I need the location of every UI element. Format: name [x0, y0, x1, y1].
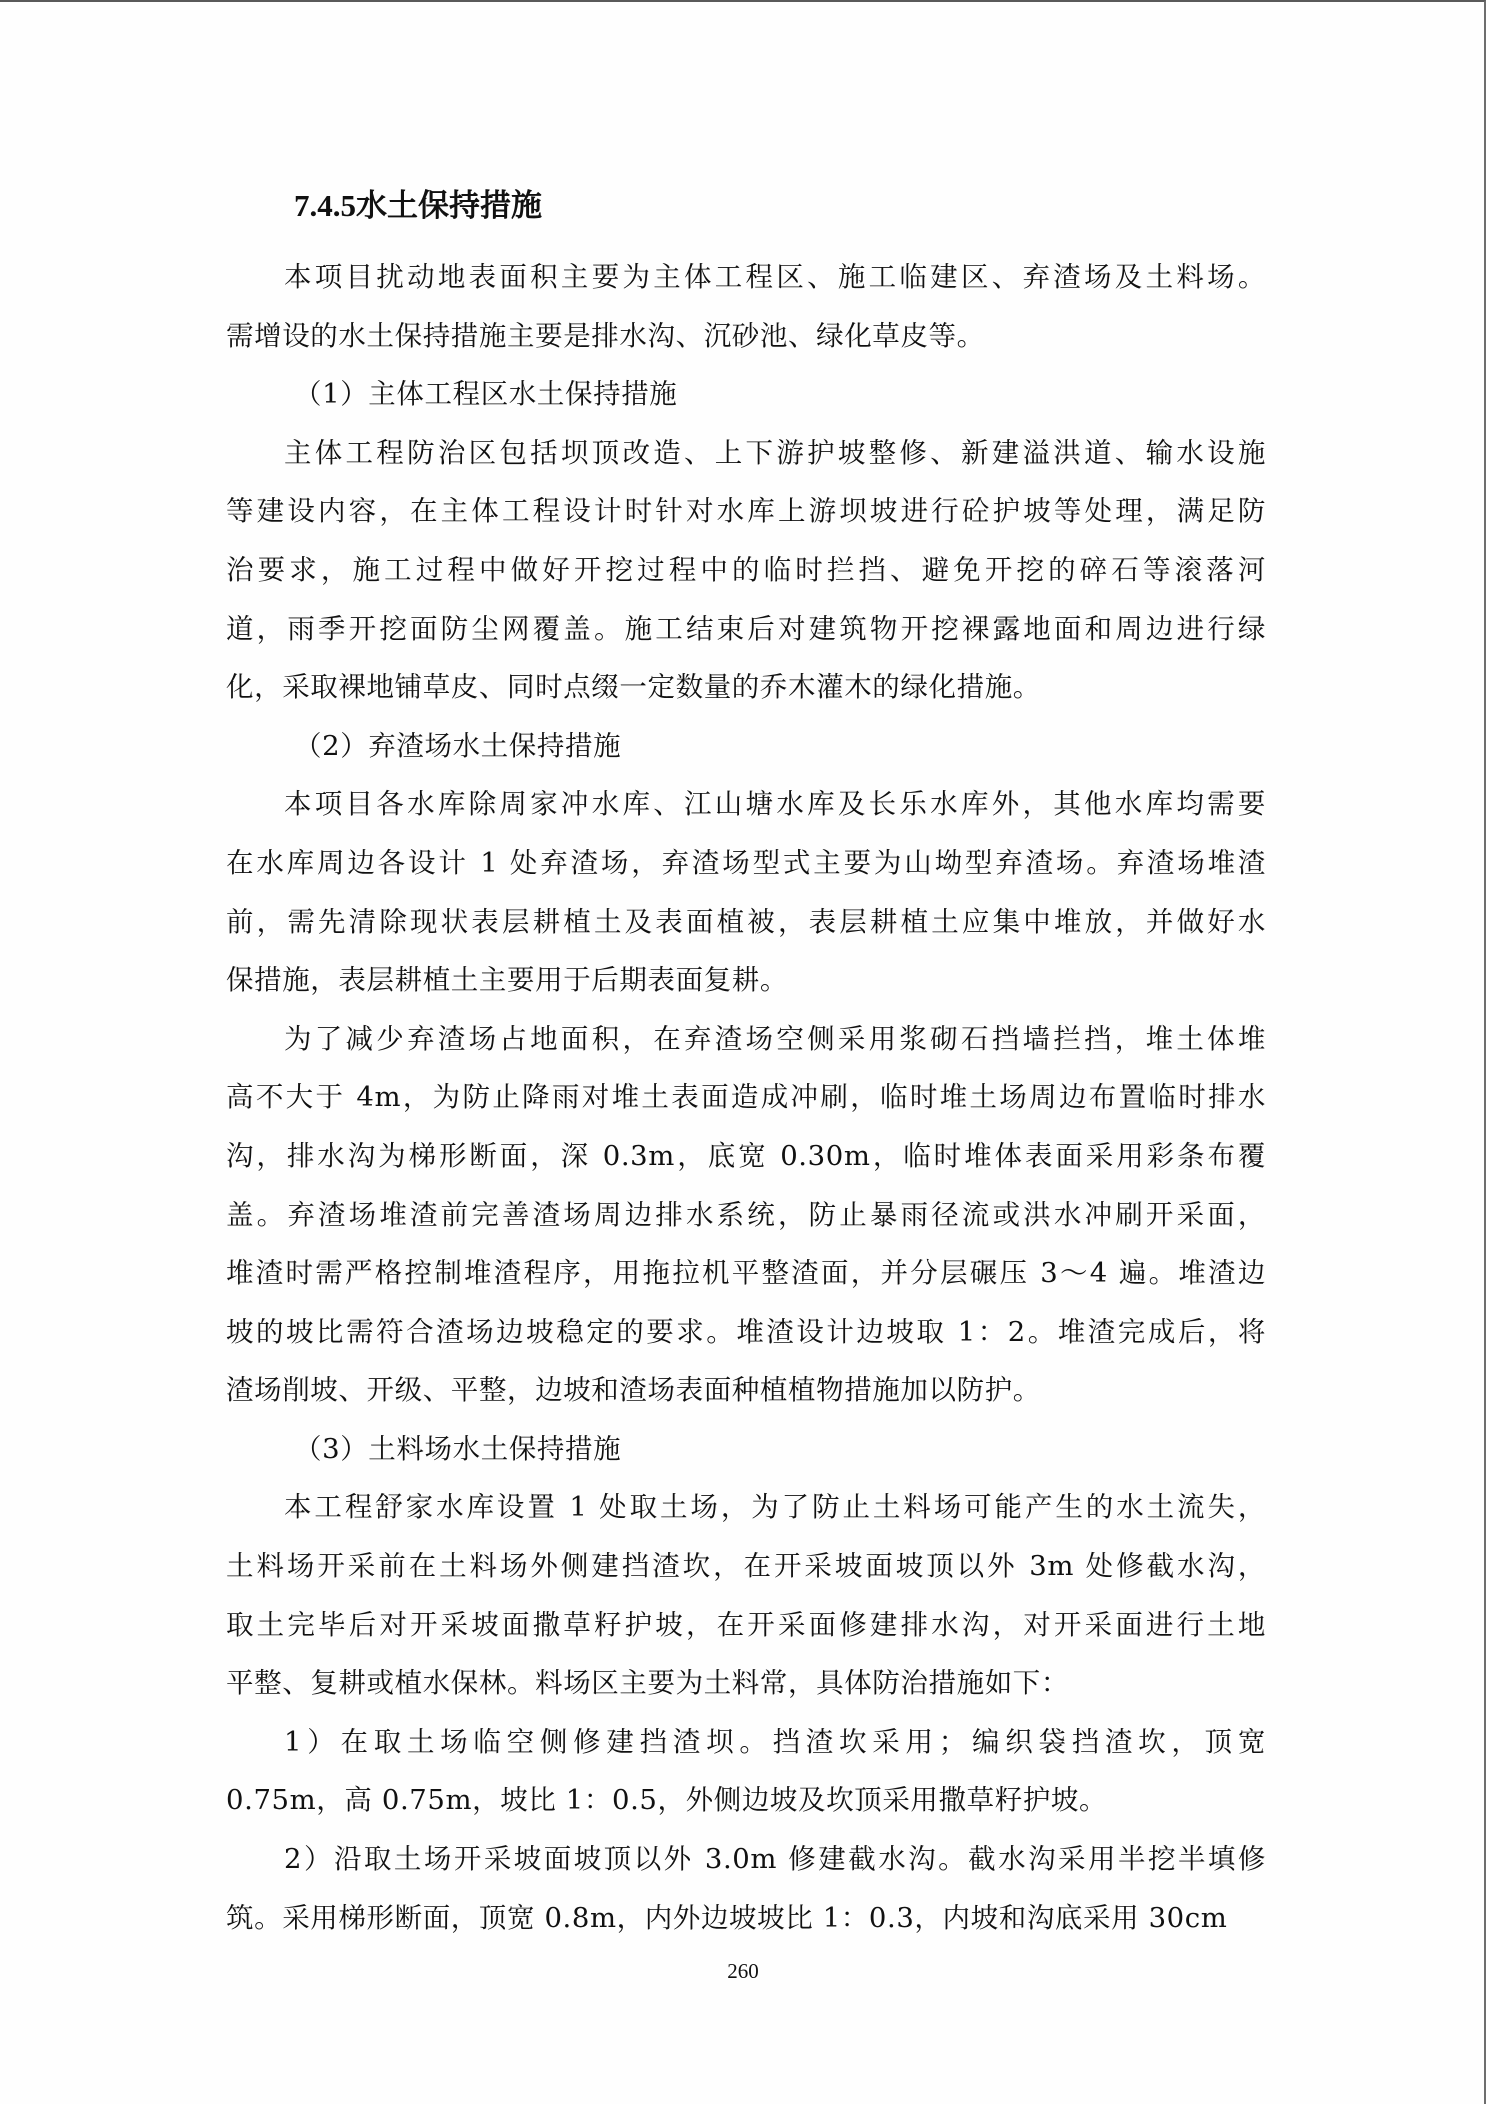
text-line: 需增设的水土保持措施主要是排水沟、沉砂池、绿化草皮等。 [226, 307, 1266, 366]
text-line: 渣场削坡、开级、平整，边坡和渣场表面种植植物措施加以防护。 [226, 1361, 1266, 1420]
paragraph: 本项目扰动地表面积主要为主体工程区、施工临建区、弃渣场及土料场。需增设的水土保持… [226, 248, 1266, 365]
text-line: 土料场开采前在土料场外侧建挡渣坎，在开采坡面坡顶以外 3m 处修截水沟， [226, 1537, 1266, 1596]
text-line: 道，雨季开挖面防尘网覆盖。施工结束后对建筑物开挖裸露地面和周边进行绿 [226, 600, 1266, 659]
text-line: 筑。采用梯形断面，顶宽 0.8m，内外边坡坡比 1：0.3，内坡和沟底采用 30… [226, 1889, 1266, 1948]
subsection-heading: （1）主体工程区水土保持措施 [226, 365, 1266, 424]
document-page: 7.4.5水土保持措施 本项目扰动地表面积主要为主体工程区、施工临建区、弃渣场及… [0, 0, 1486, 2104]
text-line: 本项目扰动地表面积主要为主体工程区、施工临建区、弃渣场及土料场。 [226, 248, 1266, 307]
text-line: 保措施，表层耕植土主要用于后期表面复耕。 [226, 951, 1266, 1010]
text-line: 前，需先清除现状表层耕植土及表面植被，表层耕植土应集中堆放，并做好水 [226, 893, 1266, 952]
text-line: （2）弃渣场水土保持措施 [226, 717, 1266, 776]
paragraph: 1）在取土场临空侧修建挡渣坝。挡渣坎采用；编织袋挡渣坎，顶宽0.75m，高 0.… [226, 1713, 1266, 1830]
text-line: 高不大于 4m，为防止降雨对堆土表面造成冲刷，临时堆土场周边布置临时排水 [226, 1068, 1266, 1127]
paragraph: 本项目各水库除周家冲水库、江山塘水库及长乐水库外，其他水库均需要在水库周边各设计… [226, 775, 1266, 1009]
text-line: （3）土料场水土保持措施 [226, 1420, 1266, 1479]
text-line: 0.75m，高 0.75m，坡比 1：0.5，外侧边坡及坎顶采用撒草籽护坡。 [226, 1771, 1266, 1830]
text-line: 平整、复耕或植水保林。料场区主要为土料常，具体防治措施如下： [226, 1654, 1266, 1713]
paragraph: 2）沿取土场开采坡面坡顶以外 3.0m 修建截水沟。截水沟采用半挖半填修筑。采用… [226, 1830, 1266, 1947]
section-heading: 7.4.5水土保持措施 [294, 178, 542, 234]
paragraph: 主体工程防治区包括坝顶改造、上下游护坡整修、新建溢洪道、输水设施等建设内容，在主… [226, 424, 1266, 717]
text-line: 主体工程防治区包括坝顶改造、上下游护坡整修、新建溢洪道、输水设施 [226, 424, 1266, 483]
text-line: 等建设内容，在主体工程设计时针对水库上游坝坡进行砼护坡等处理，满足防 [226, 482, 1266, 541]
text-line: 坡的坡比需符合渣场边坡稳定的要求。堆渣设计边坡取 1：2。堆渣完成后，将 [226, 1303, 1266, 1362]
text-line: 沟，排水沟为梯形断面，深 0.3m，底宽 0.30m，临时堆体表面采用彩条布覆 [226, 1127, 1266, 1186]
text-line: 为了减少弃渣场占地面积，在弃渣场空侧采用浆砌石挡墙拦挡，堆土体堆 [226, 1010, 1266, 1069]
subsection-heading: （3）土料场水土保持措施 [226, 1420, 1266, 1479]
text-line: 在水库周边各设计 1 处弃渣场，弃渣场型式主要为山坳型弃渣场。弃渣场堆渣 [226, 834, 1266, 893]
text-line: （1）主体工程区水土保持措施 [226, 365, 1266, 424]
page-number: 260 [0, 1959, 1486, 1984]
paragraph: 本工程舒家水库设置 1 处取土场，为了防止土料场可能产生的水土流失，土料场开采前… [226, 1478, 1266, 1712]
text-line: 1）在取土场临空侧修建挡渣坝。挡渣坎采用；编织袋挡渣坎，顶宽 [226, 1713, 1266, 1772]
subsection-heading: （2）弃渣场水土保持措施 [226, 717, 1266, 776]
text-line: 化，采取裸地铺草皮、同时点缀一定数量的乔木灌木的绿化措施。 [226, 658, 1266, 717]
text-line: 本项目各水库除周家冲水库、江山塘水库及长乐水库外，其他水库均需要 [226, 775, 1266, 834]
body-text: 本项目扰动地表面积主要为主体工程区、施工临建区、弃渣场及土料场。需增设的水土保持… [226, 248, 1266, 1947]
text-line: 治要求，施工过程中做好开挖过程中的临时拦挡、避免开挖的碎石等滚落河 [226, 541, 1266, 600]
text-line: 盖。弃渣场堆渣前完善渣场周边排水系统，防止暴雨径流或洪水冲刷开采面， [226, 1186, 1266, 1245]
text-line: 堆渣时需严格控制堆渣程序，用拖拉机平整渣面，并分层碾压 3～4 遍。堆渣边 [226, 1244, 1266, 1303]
paragraph: 为了减少弃渣场占地面积，在弃渣场空侧采用浆砌石挡墙拦挡，堆土体堆高不大于 4m，… [226, 1010, 1266, 1420]
text-line: 取土完毕后对开采坡面撒草籽护坡，在开采面修建排水沟，对开采面进行土地 [226, 1596, 1266, 1655]
text-line: 2）沿取土场开采坡面坡顶以外 3.0m 修建截水沟。截水沟采用半挖半填修 [226, 1830, 1266, 1889]
text-line: 本工程舒家水库设置 1 处取土场，为了防止土料场可能产生的水土流失， [226, 1478, 1266, 1537]
